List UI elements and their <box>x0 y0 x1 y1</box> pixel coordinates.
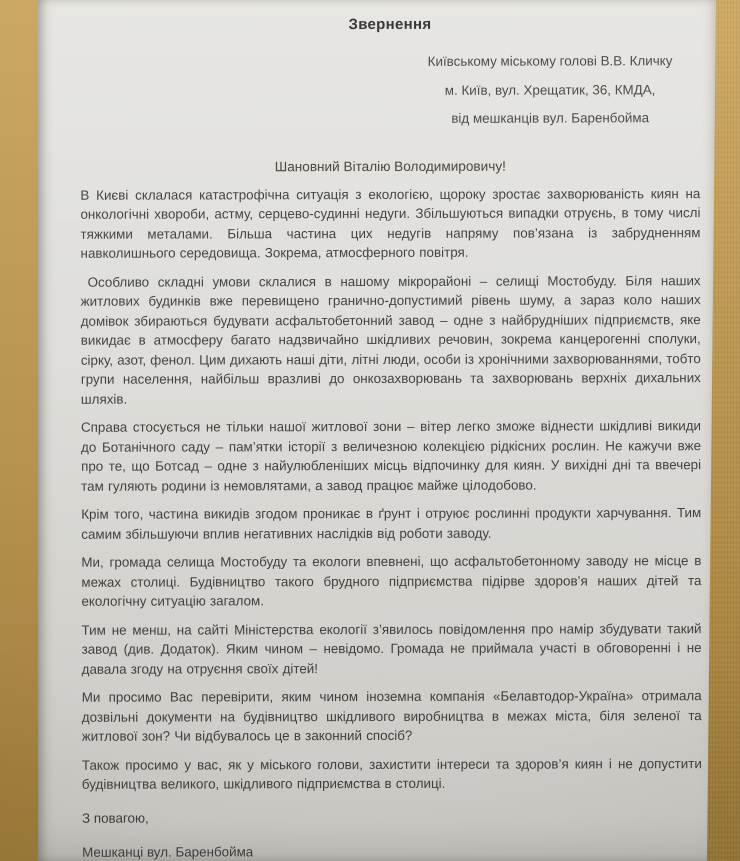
letter-content: Звернення Київському міському голові В.В… <box>37 0 717 861</box>
letter-body: В Києві склалася катастрофічна ситуація … <box>80 184 702 795</box>
paragraph-ministry-announcement: Тим не менш, на сайті Міністерства еколо… <box>81 619 701 679</box>
paragraph-ecology-situation: В Києві склалася катастрофічна ситуація … <box>80 184 700 264</box>
signature-line: Мешканці вул. Баренбойма <box>82 841 702 861</box>
paragraph-request-verification: Ми просимо Вас перевірити, яким чином ін… <box>82 686 702 746</box>
paragraph-soil-contamination: Крім того, частина викидів згодом проник… <box>81 503 701 544</box>
photo-of-letter: Звернення Київському міському голові В.В… <box>0 0 740 861</box>
plastic-sleeve-edge <box>0 0 44 861</box>
letter-title: Звернення <box>80 15 700 34</box>
salutation: Шановний Віталію Володимировичу! <box>80 158 700 175</box>
addressee-block: Київському міському голові В.В. Кличку м… <box>400 47 700 133</box>
paragraph-botanical-garden: Справа стосується не тільки нашої житлов… <box>81 416 701 496</box>
paragraph-mostobud-conditions: Особливо складні умови склалися в нашому… <box>81 271 701 409</box>
letter-page: Звернення Київському міському голові В.В… <box>38 0 716 861</box>
addressee-line-recipient: Київському міському голові В.В. Кличку <box>400 47 700 76</box>
addressee-line-sender: від мешканців вул. Баренбойма <box>400 104 700 133</box>
paragraph-community-position: Ми, громада селища Мостобуду та екологи … <box>81 551 701 611</box>
paragraph-request-protection: Також просимо у вас, як у міського голов… <box>82 754 702 795</box>
addressee-line-address: м. Київ, вул. Хрещатик, 36, КМДА, <box>400 76 700 105</box>
closing-phrase: З повагою, <box>82 807 702 828</box>
